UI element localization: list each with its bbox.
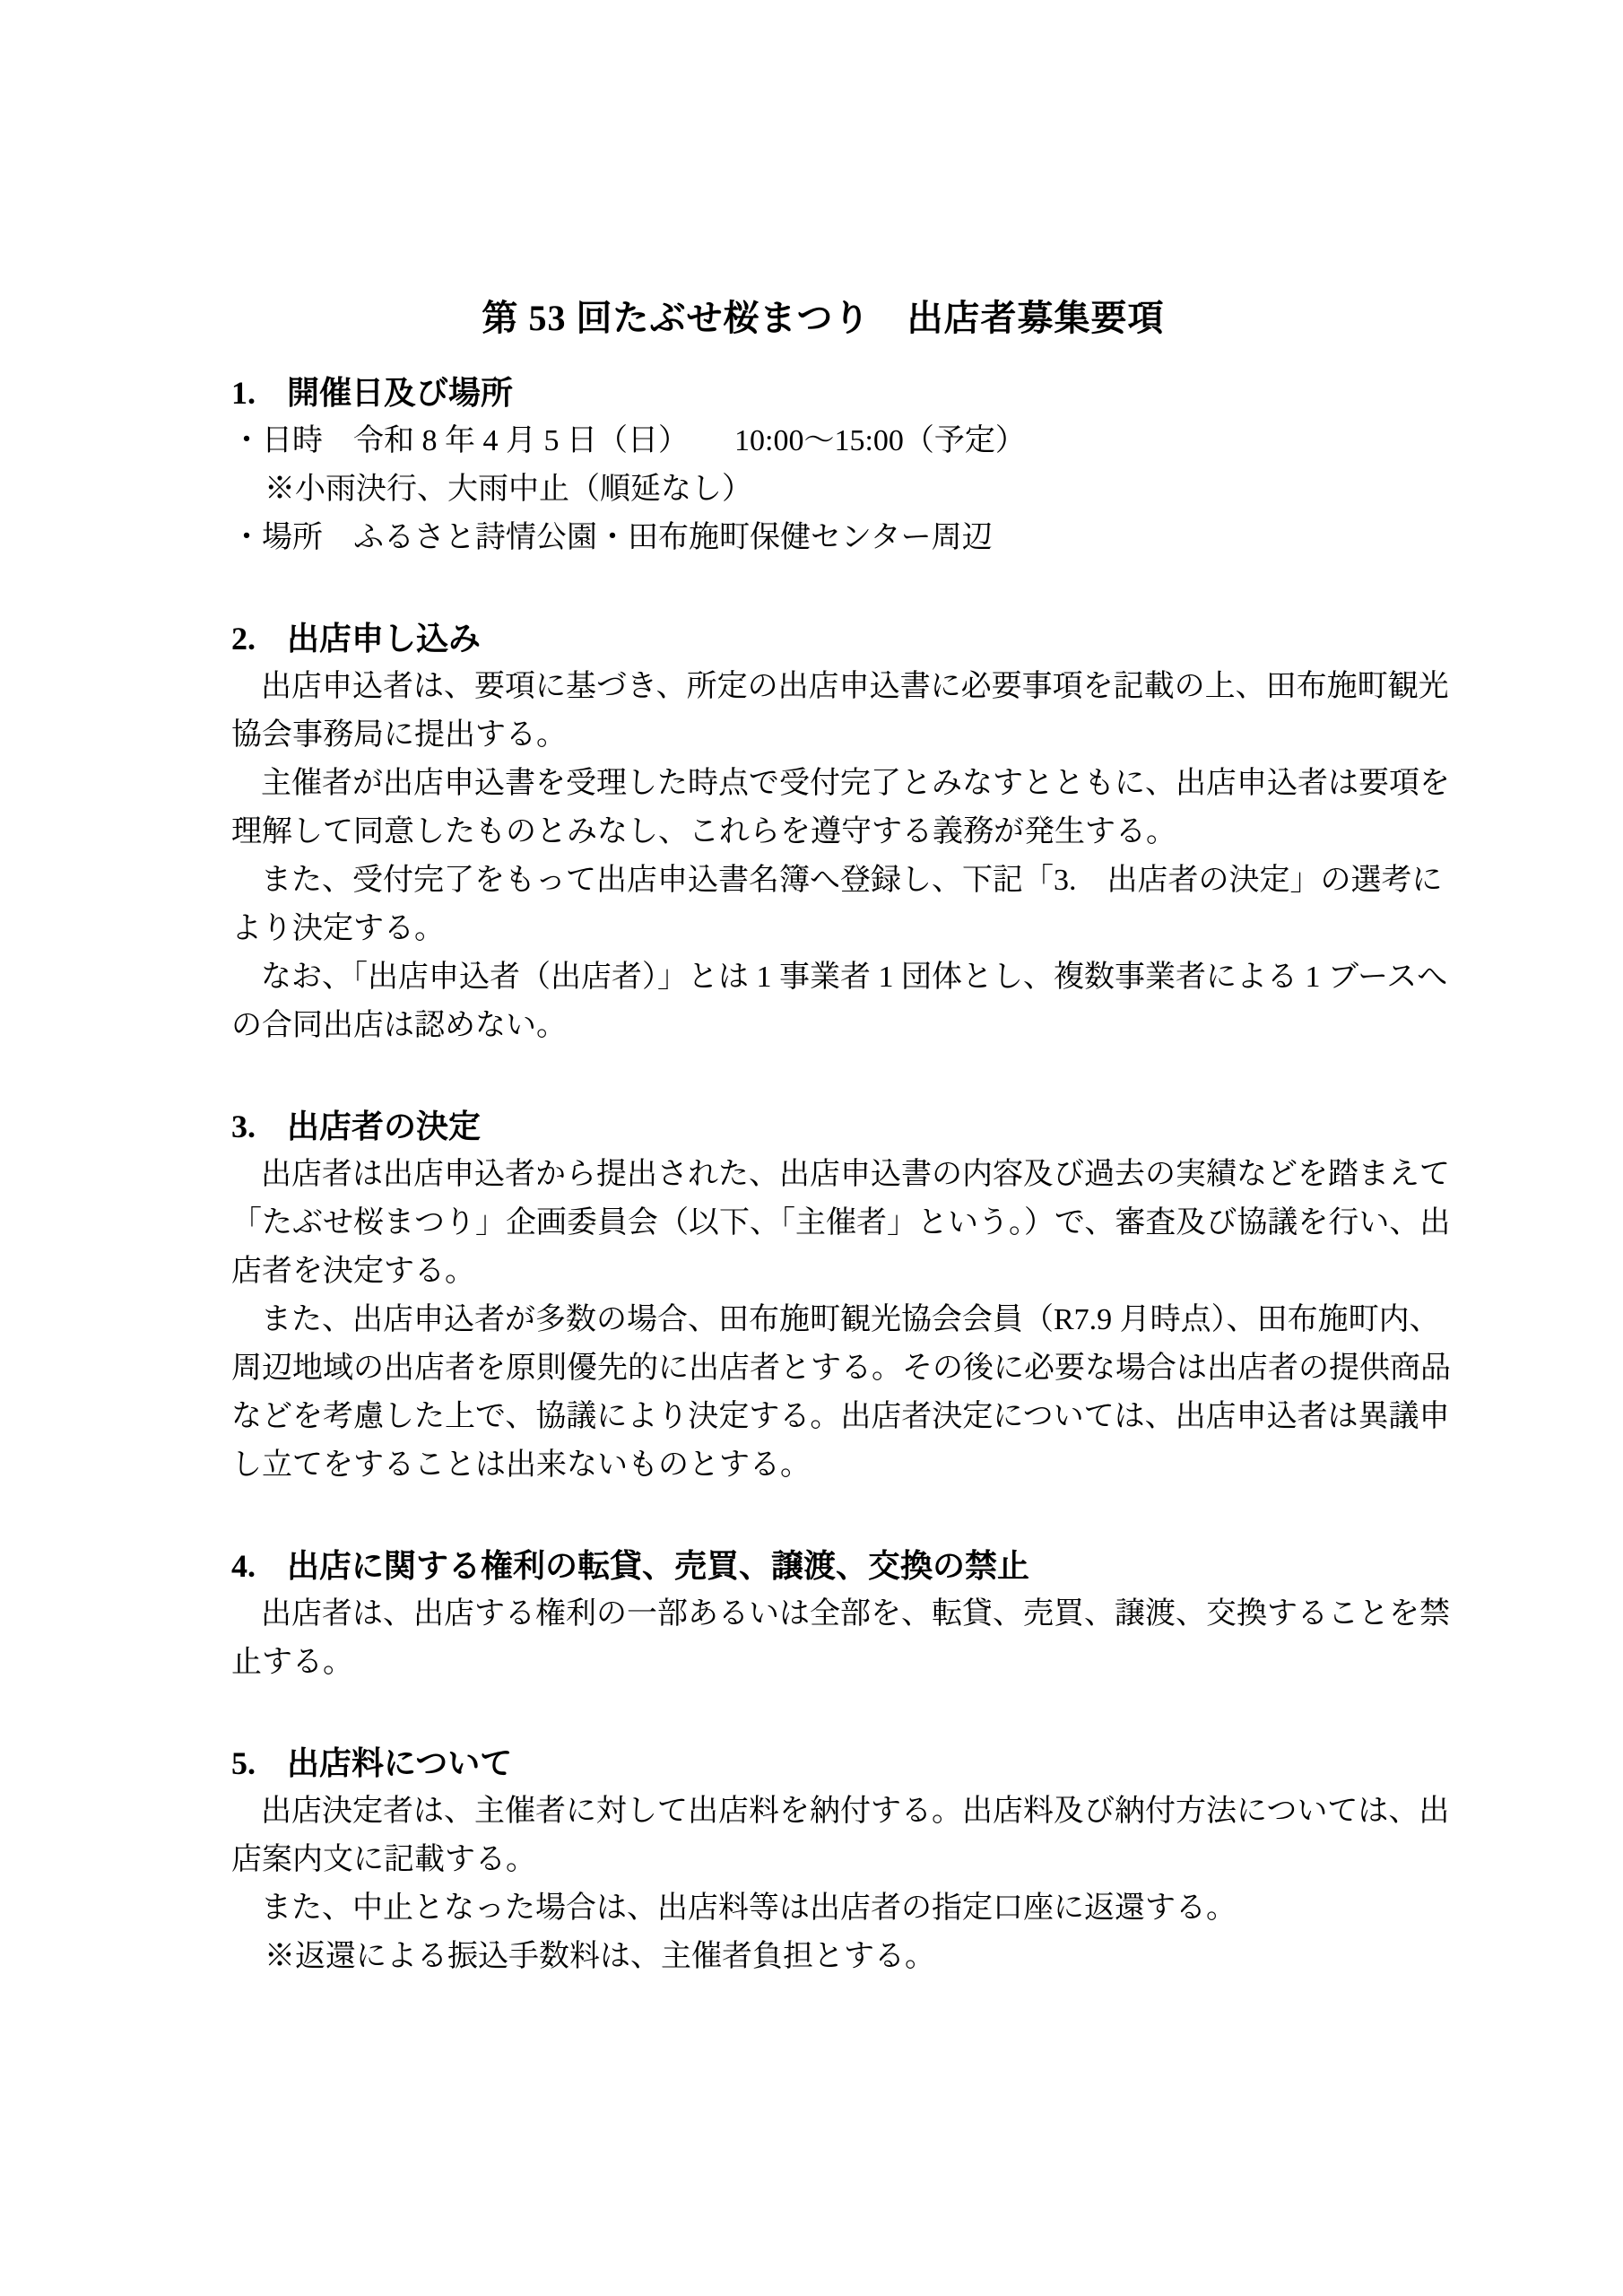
body-line: 店案内文に記載する。 <box>231 1836 1415 1884</box>
body-line: 主催者が出店申込書を受理した時点で受付完了とみなすとともに、出店申込者は要項を <box>231 760 1415 808</box>
section-heading-text: 開催日及び場所 <box>287 375 513 411</box>
section-heading-text: 出店に関する権利の転貸、売買、譲渡、交換の禁止 <box>287 1548 1029 1584</box>
section-heading: 4.出店に関する権利の転貸、売買、譲渡、交換の禁止 <box>231 1542 1415 1590</box>
body-line: また、中止となった場合は、出店料等は出店者の指定口座に返還する。 <box>231 1884 1415 1933</box>
body-line: 出店者は、出店する権利の一部あるいは全部を、転貸、売買、譲渡、交換することを禁 <box>231 1590 1415 1639</box>
body-line: なお、「出店申込者（出店者）」とは 1 事業者 1 団体とし、複数事業者による … <box>231 953 1415 1002</box>
body-line: の合同出店は認めない。 <box>231 1002 1415 1050</box>
body-line: ・場所 ふるさと詩情公園・田布施町保健センター周辺 <box>231 514 1415 562</box>
section-heading: 1.開催日及び場所 <box>231 369 1415 417</box>
section-heading: 5.出店料について <box>231 1739 1415 1787</box>
document-title: 第 53 回たぶせ桜まつり 出店者募集要項 <box>231 294 1415 343</box>
body-line: より決定する。 <box>231 905 1415 953</box>
section-heading-text: 出店申し込み <box>287 621 481 657</box>
section-number: 1. <box>231 369 287 417</box>
body-line: 出店申込者は、要項に基づき、所定の出店申込書に必要事項を記載の上、田布施町観光 <box>231 663 1415 711</box>
section-number: 5. <box>231 1739 287 1787</box>
body-line: 周辺地域の出店者を原則優先的に出店者とする。その後に必要な場合は出店者の提供商品 <box>231 1344 1415 1393</box>
body-line: 出店者は出店申込者から提出された、出店申込書の内容及び過去の実績などを踏まえて <box>231 1151 1415 1199</box>
body-line: などを考慮した上で、協議により決定する。出店者決定については、出店申込者は異議申 <box>231 1393 1415 1441</box>
body-line: 止する。 <box>231 1639 1415 1687</box>
section-number: 3. <box>231 1102 287 1151</box>
body-line: ※小雨決行、大雨中止（順延なし） <box>231 465 1415 514</box>
section-heading-text: 出店者の決定 <box>287 1109 481 1144</box>
body-line: 店者を決定する。 <box>231 1248 1415 1296</box>
body-line: ・日時 令和 8 年 4 月 5 日（日） 10:00～15:00（予定） <box>231 417 1415 465</box>
section-2-application: 2.出店申し込み 出店申込者は、要項に基づき、所定の出店申込書に必要事項を記載の… <box>231 614 1415 1050</box>
section-4-prohibition: 4.出店に関する権利の転貸、売買、譲渡、交換の禁止 出店者は、出店する権利の一部… <box>231 1542 1415 1687</box>
section-heading: 2.出店申し込み <box>231 614 1415 663</box>
body-line: 理解して同意したものとみなし、これらを遵守する義務が発生する。 <box>231 808 1415 857</box>
body-line: 協会事務局に提出する。 <box>231 711 1415 760</box>
document-content: 第 53 回たぶせ桜まつり 出店者募集要項 1.開催日及び場所 ・日時 令和 8… <box>231 0 1415 1981</box>
body-line: 「たぶせ桜まつり」企画委員会（以下、「主催者」という。）で、審査及び協議を行い、… <box>231 1199 1415 1248</box>
section-3-selection: 3.出店者の決定 出店者は出店申込者から提出された、出店申込書の内容及び過去の実… <box>231 1102 1415 1490</box>
section-number: 4. <box>231 1542 287 1590</box>
document-page: 第 53 回たぶせ桜まつり 出店者募集要項 1.開催日及び場所 ・日時 令和 8… <box>0 0 1623 2296</box>
section-heading: 3.出店者の決定 <box>231 1102 1415 1151</box>
section-number: 2. <box>231 614 287 663</box>
section-heading-text: 出店料について <box>287 1745 512 1781</box>
body-line: また、受付完了をもって出店申込書名簿へ登録し、下記「3. 出店者の決定」の選考に <box>231 857 1415 905</box>
body-line: 出店決定者は、主催者に対して出店料を納付する。出店料及び納付方法については、出 <box>231 1787 1415 1836</box>
body-line: また、出店申込者が多数の場合、田布施町観光協会会員（R7.9 月時点）、田布施町… <box>231 1296 1415 1344</box>
body-line: し立てをすることは出来ないものとする。 <box>231 1441 1415 1490</box>
section-5-fee: 5.出店料について 出店決定者は、主催者に対して出店料を納付する。出店料及び納付… <box>231 1739 1415 1981</box>
body-line: ※返還による振込手数料は、主催者負担とする。 <box>231 1933 1415 1981</box>
section-1-venue: 1.開催日及び場所 ・日時 令和 8 年 4 月 5 日（日） 10:00～15… <box>231 369 1415 562</box>
